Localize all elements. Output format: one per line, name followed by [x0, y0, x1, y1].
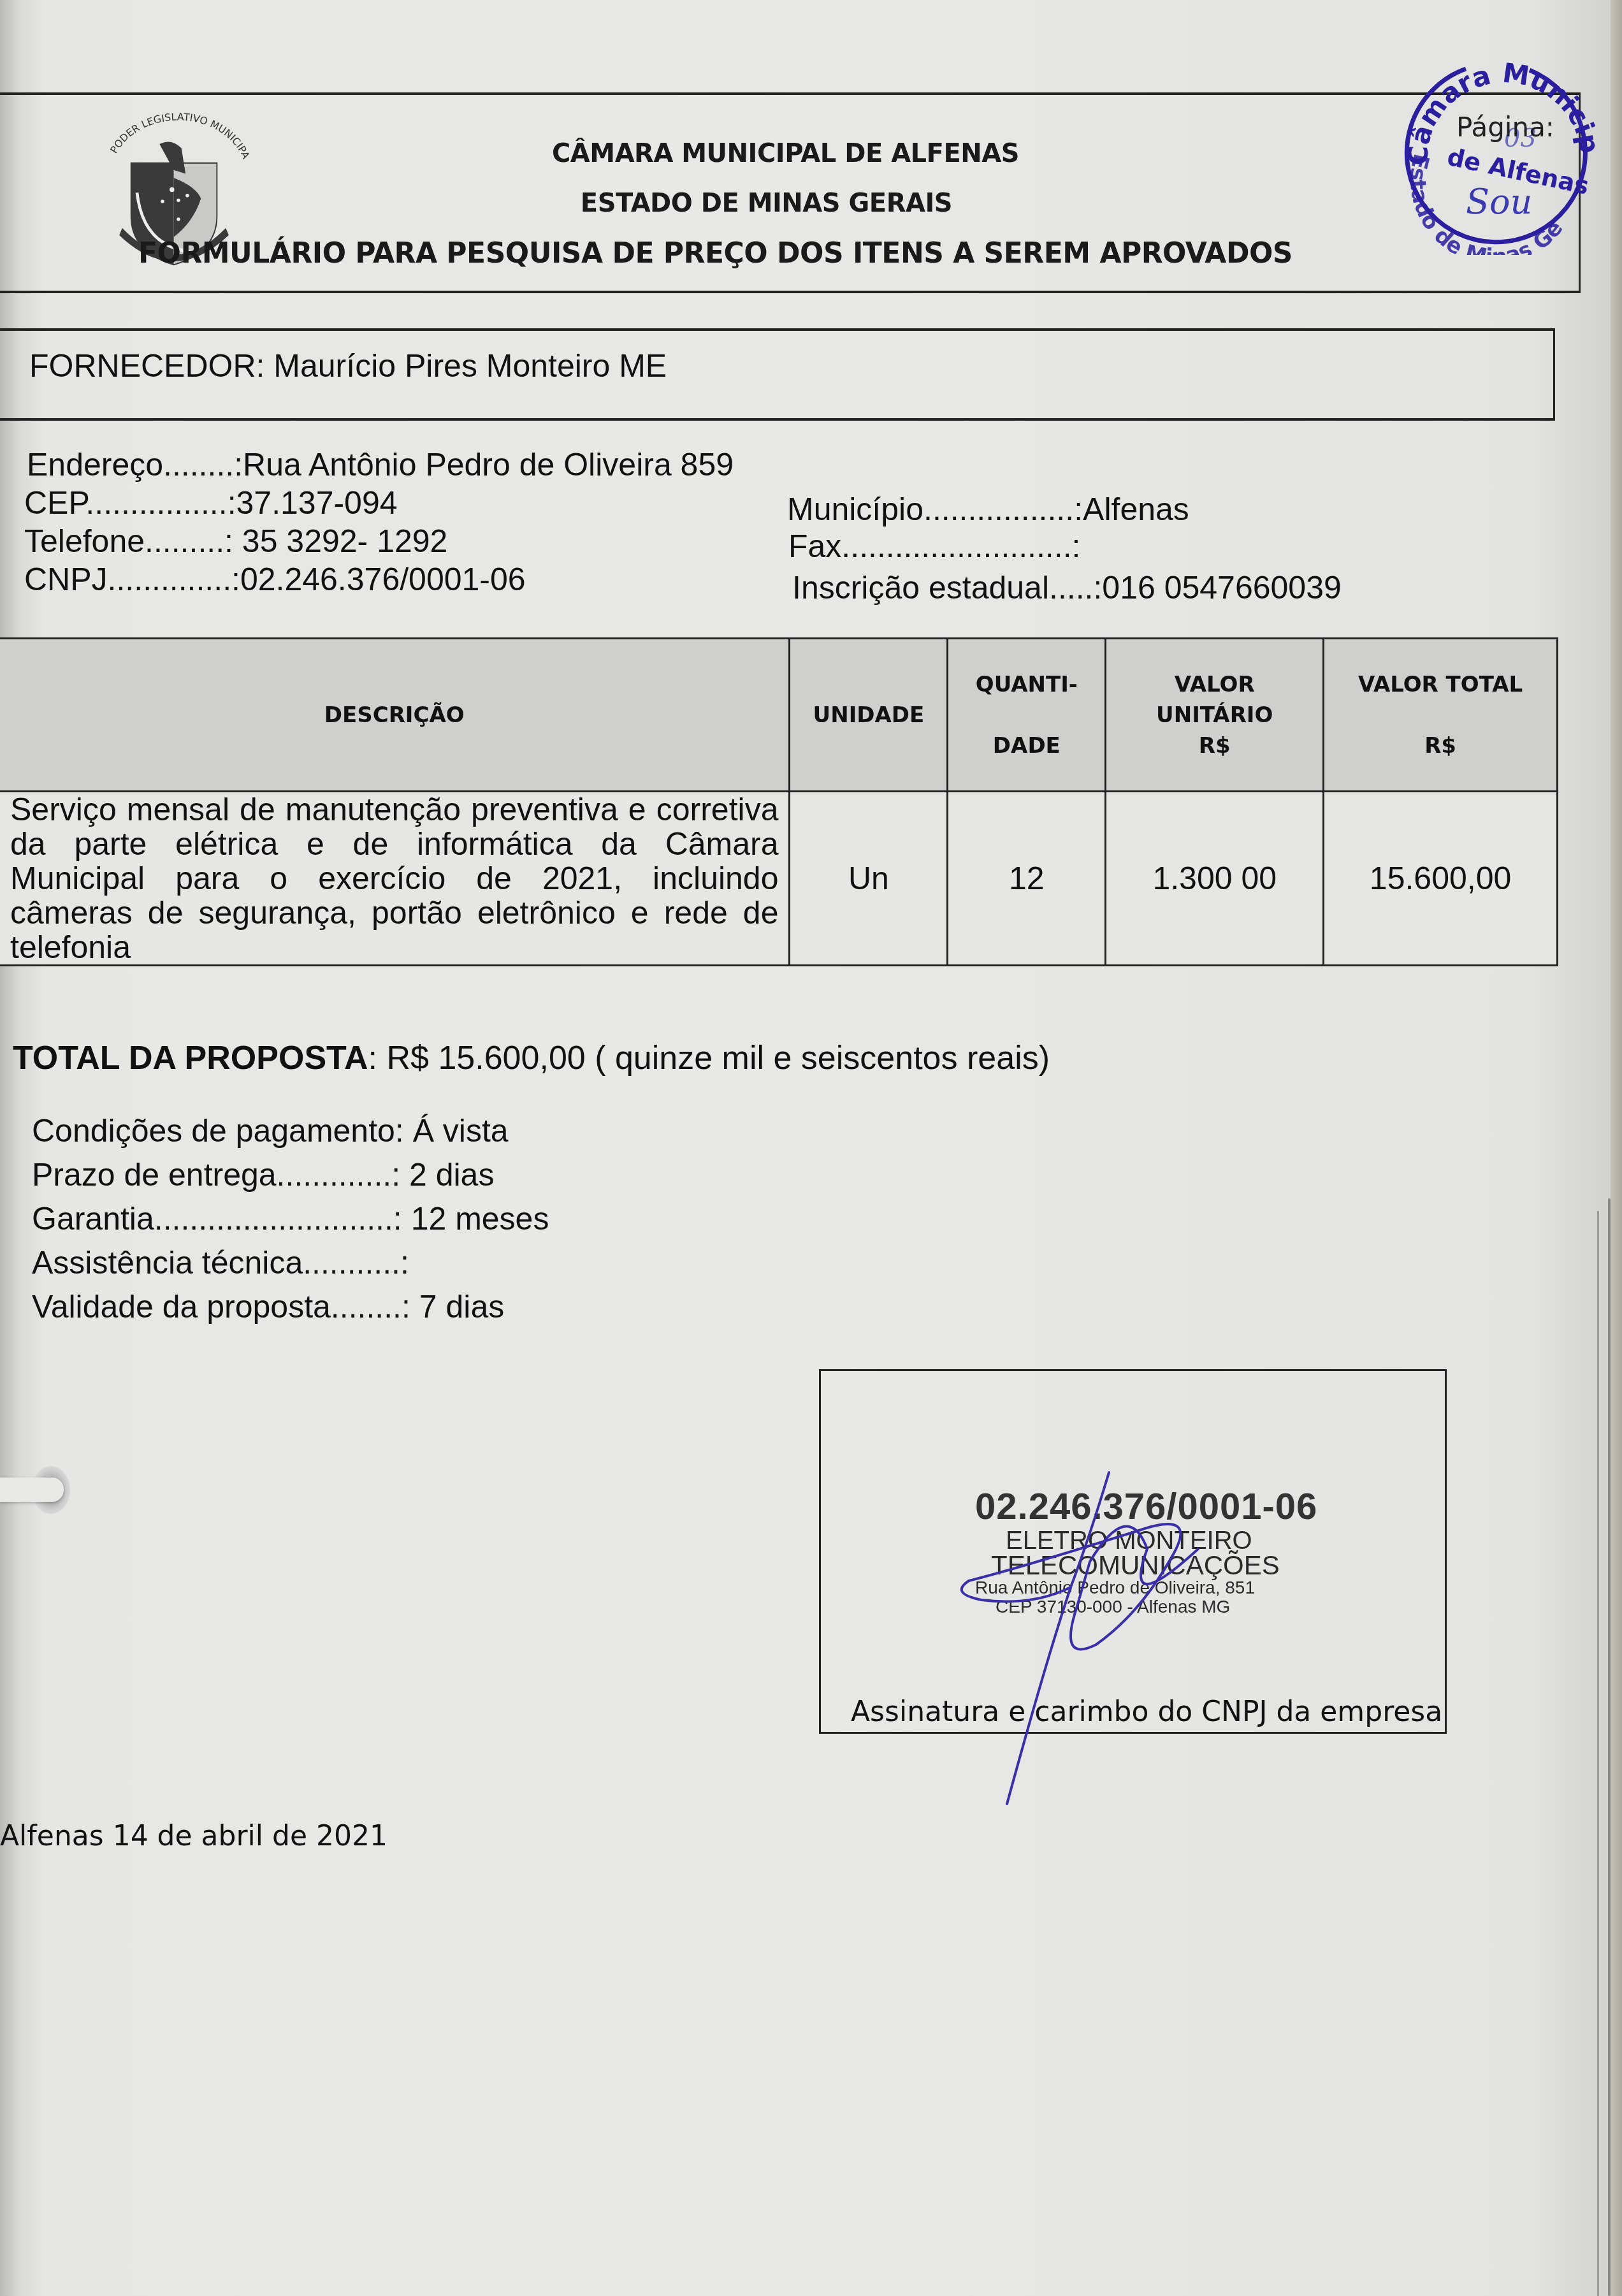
delivery-time: Prazo de entrega.............: 2 dias	[32, 1156, 494, 1193]
address-field: Endereço........:Rua Antônio Pedro de Ol…	[27, 446, 734, 483]
page-label: Página:	[1456, 112, 1554, 143]
cell-descricao: Serviço mensal de manutenção preventiva …	[0, 792, 790, 966]
signature-caption: Assinatura e carimbo do CNPJ da empresa	[851, 1696, 1442, 1728]
cep-field: CEP................:37.137-094	[24, 484, 398, 521]
cell-valor-total: 15.600,00	[1324, 792, 1558, 966]
table-header-row: DESCRIÇÃO UNIDADE QUANTI-DADE VALORUNITÁ…	[0, 639, 1558, 792]
col-valor-unitario: VALORUNITÁRIOR$	[1106, 639, 1324, 792]
page-edge	[1597, 1211, 1599, 2296]
handwritten-signature-icon	[930, 1460, 1338, 1817]
municipality-field: Município.................:Alfenas	[787, 491, 1189, 528]
svg-text:Sou: Sou	[1466, 182, 1532, 222]
supplier-name: FORNECEDOR: Maurício Pires Monteiro ME	[29, 347, 667, 384]
col-quantidade: QUANTI-DADE	[948, 639, 1106, 792]
document-date: Alfenas 14 de abril de 2021	[0, 1820, 387, 1852]
technical-assistance: Assistência técnica...........:	[32, 1244, 409, 1281]
col-valor-total: VALOR TOTALR$	[1324, 639, 1558, 792]
chamber-stamp-icon: Câmara Municipal de Alfenas Estado de Mi…	[1402, 57, 1600, 255]
cnpj-field: CNPJ..............:02.246.376/0001-06	[24, 561, 526, 598]
total-value: : R$ 15.600,00 ( quinze mil e seiscentos…	[368, 1040, 1050, 1077]
header-subtitle: ESTADO DE MINAS GERAIS	[0, 189, 1577, 218]
total-label: TOTAL DA PROPOSTA	[13, 1040, 368, 1077]
fax-field: Fax..........................:	[788, 528, 1080, 565]
header-title: CÂMARA MUNICIPAL DE ALFENAS	[0, 139, 1597, 168]
page-edge	[1608, 1198, 1611, 2296]
phone-field: Telefone.........: 35 3292- 1292	[24, 523, 447, 560]
items-table: DESCRIÇÃO UNIDADE QUANTI-DADE VALORUNITÁ…	[0, 637, 1558, 966]
proposal-total: TOTAL DA PROPOSTA: R$ 15.600,00 ( quinze…	[13, 1039, 1050, 1077]
warranty: Garantia...........................: 12 …	[32, 1200, 549, 1237]
payment-terms: Condições de pagamento: Á vista	[32, 1112, 509, 1149]
binder-edge	[1611, 0, 1622, 2296]
binder-fastener	[0, 1478, 64, 1502]
form-title: FORMULÁRIO PARA PESQUISA DE PREÇO DOS IT…	[0, 237, 1526, 270]
col-descricao: DESCRIÇÃO	[0, 639, 790, 792]
proposal-validity: Validade da proposta........: 7 dias	[32, 1288, 504, 1325]
col-unidade: UNIDADE	[790, 639, 948, 792]
table-row: Serviço mensal de manutenção preventiva …	[0, 792, 1558, 966]
cell-valor-unitario: 1.300 00	[1106, 792, 1324, 966]
cell-quantidade: 12	[948, 792, 1106, 966]
state-registration-field: Inscrição estadual.....:016 0547660039	[792, 569, 1342, 606]
cell-unidade: Un	[790, 792, 948, 966]
